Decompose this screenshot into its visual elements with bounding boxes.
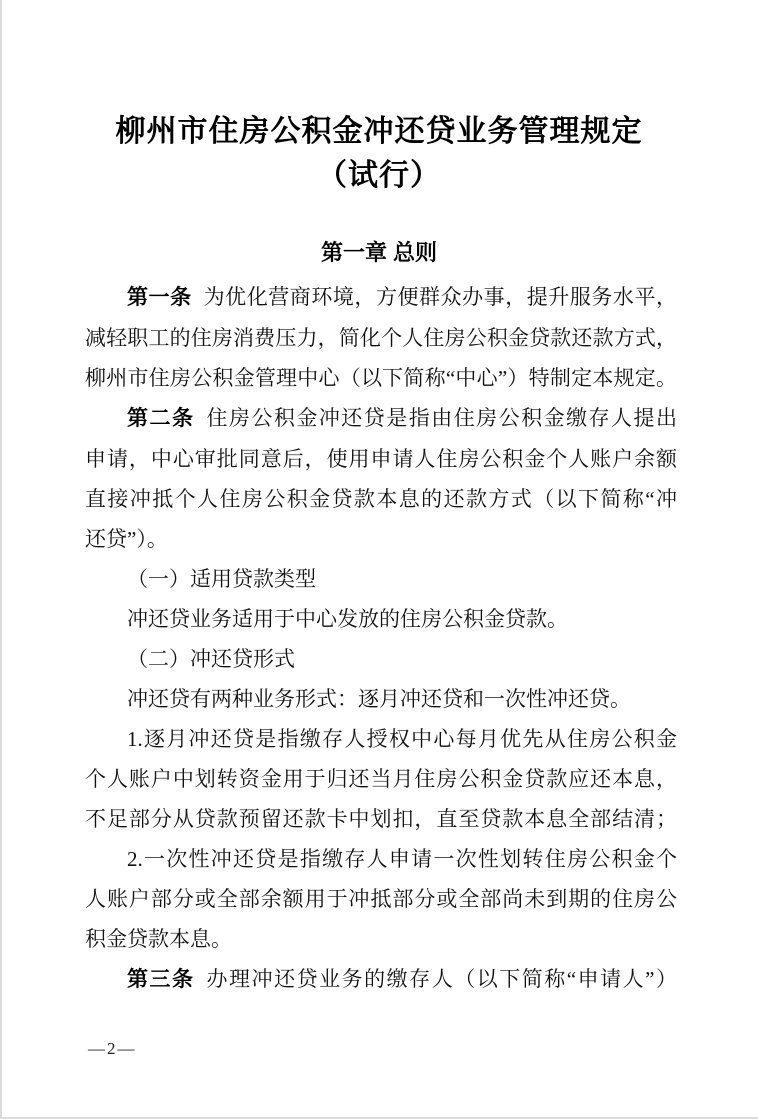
body-line-6: 直接冲抵个人住房公积金贷款本息的还款方式（以下简称“冲 [85, 479, 677, 519]
document-title: 柳州市住房公积金冲还贷业务管理规定 （试行） [0, 110, 758, 198]
body-line-5: 申请，中心审批同意后，使用申请人住房公积金个人账户余额 [85, 439, 677, 479]
body-line-12-text: 1.逐月冲还贷是指缴存人授权中心每月优先从住房公积金 [127, 727, 677, 751]
body-line-6-text: 直接冲抵个人住房公积金贷款本息的还款方式（以下简称“冲 [85, 487, 677, 511]
body-line-12: 1.逐月冲还贷是指缴存人授权中心每月优先从住房公积金 [85, 719, 677, 759]
document-body: 第一条为优化营商环境，方便群众办事，提升服务水平， 减轻职工的住房消费压力，简化… [85, 277, 677, 1000]
body-line-5-text: 申请，中心审批同意后，使用申请人住房公积金个人账户余额 [85, 447, 677, 471]
page-number: —2— [88, 1039, 137, 1059]
body-line-8-text: （一）适用贷款类型 [127, 567, 316, 591]
body-line-16: 人账户部分或全部余额用于冲抵部分或全部尚未到期的住房公 [85, 879, 677, 919]
body-line-9: 冲还贷业务适用于中心发放的住房公积金贷款。 [85, 599, 677, 639]
document-title-line1: 柳州市住房公积金冲还贷业务管理规定 [0, 110, 758, 154]
body-line-10: （二）冲还贷形式 [85, 639, 677, 679]
body-line-1-text: 为优化营商环境，方便群众办事，提升服务水平， [204, 285, 677, 309]
body-line-7-text: 还贷”）。 [85, 527, 168, 551]
body-line-18-text: 办理冲还贷业务的缴存人（以下简称“申请人”） [207, 967, 677, 991]
body-line-3-text: 柳州市住房公积金管理中心（以下简称“中心”）特制定本规定。 [85, 366, 677, 390]
body-line-16-text: 人账户部分或全部余额用于冲抵部分或全部尚未到期的住房公 [85, 887, 677, 911]
body-line-14-text: 不足部分从贷款预留还款卡中划扣，直至贷款本息全部结清； [85, 807, 677, 831]
document-title-line2: （试行） [0, 154, 758, 198]
body-line-1: 第一条为优化营商环境，方便群众办事，提升服务水平， [85, 277, 677, 318]
body-line-9-text: 冲还贷业务适用于中心发放的住房公积金贷款。 [127, 607, 568, 631]
body-line-2: 减轻职工的住房消费压力，简化个人住房公积金贷款还款方式， [85, 318, 677, 358]
body-line-15: 2.一次性冲还贷是指缴存人申请一次性划转住房公积金个 [85, 839, 677, 879]
body-line-4: 第二条住房公积金冲还贷是指由住房公积金缴存人提出 [85, 398, 677, 439]
body-line-2-text: 减轻职工的住房消费压力，简化个人住房公积金贷款还款方式， [85, 326, 677, 350]
body-line-10-text: （二）冲还贷形式 [127, 647, 295, 671]
body-line-15-text: 2.一次性冲还贷是指缴存人申请一次性划转住房公积金个 [127, 847, 677, 871]
body-line-18: 第三条办理冲还贷业务的缴存人（以下简称“申请人”） [85, 959, 677, 1000]
document-page: 柳州市住房公积金冲还贷业务管理规定 （试行） 第一章 总则 第一条为优化营商环境… [0, 0, 758, 1119]
body-line-11: 冲还贷有两种业务形式：逐月冲还贷和一次性冲还贷。 [85, 679, 677, 719]
body-line-13: 个人账户中划转资金用于归还当月住房公积金贷款应还本息， [85, 759, 677, 799]
body-line-17-text: 积金贷款本息。 [85, 927, 232, 951]
body-line-8: （一）适用贷款类型 [85, 559, 677, 599]
article-label-1: 第一条 [127, 286, 192, 309]
body-line-3: 柳州市住房公积金管理中心（以下简称“中心”）特制定本规定。 [85, 358, 677, 398]
article-label-2: 第二条 [127, 407, 194, 430]
chapter-heading: 第一章 总则 [0, 239, 758, 267]
body-line-4-text: 住房公积金冲还贷是指由住房公积金缴存人提出 [206, 406, 677, 430]
body-line-11-text: 冲还贷有两种业务形式：逐月冲还贷和一次性冲还贷。 [127, 687, 631, 711]
article-label-3: 第三条 [127, 968, 195, 991]
body-line-13-text: 个人账户中划转资金用于归还当月住房公积金贷款应还本息， [85, 767, 677, 791]
body-line-7: 还贷”）。 [85, 519, 677, 559]
body-line-17: 积金贷款本息。 [85, 919, 677, 959]
body-line-14: 不足部分从贷款预留还款卡中划扣，直至贷款本息全部结清； [85, 799, 677, 839]
